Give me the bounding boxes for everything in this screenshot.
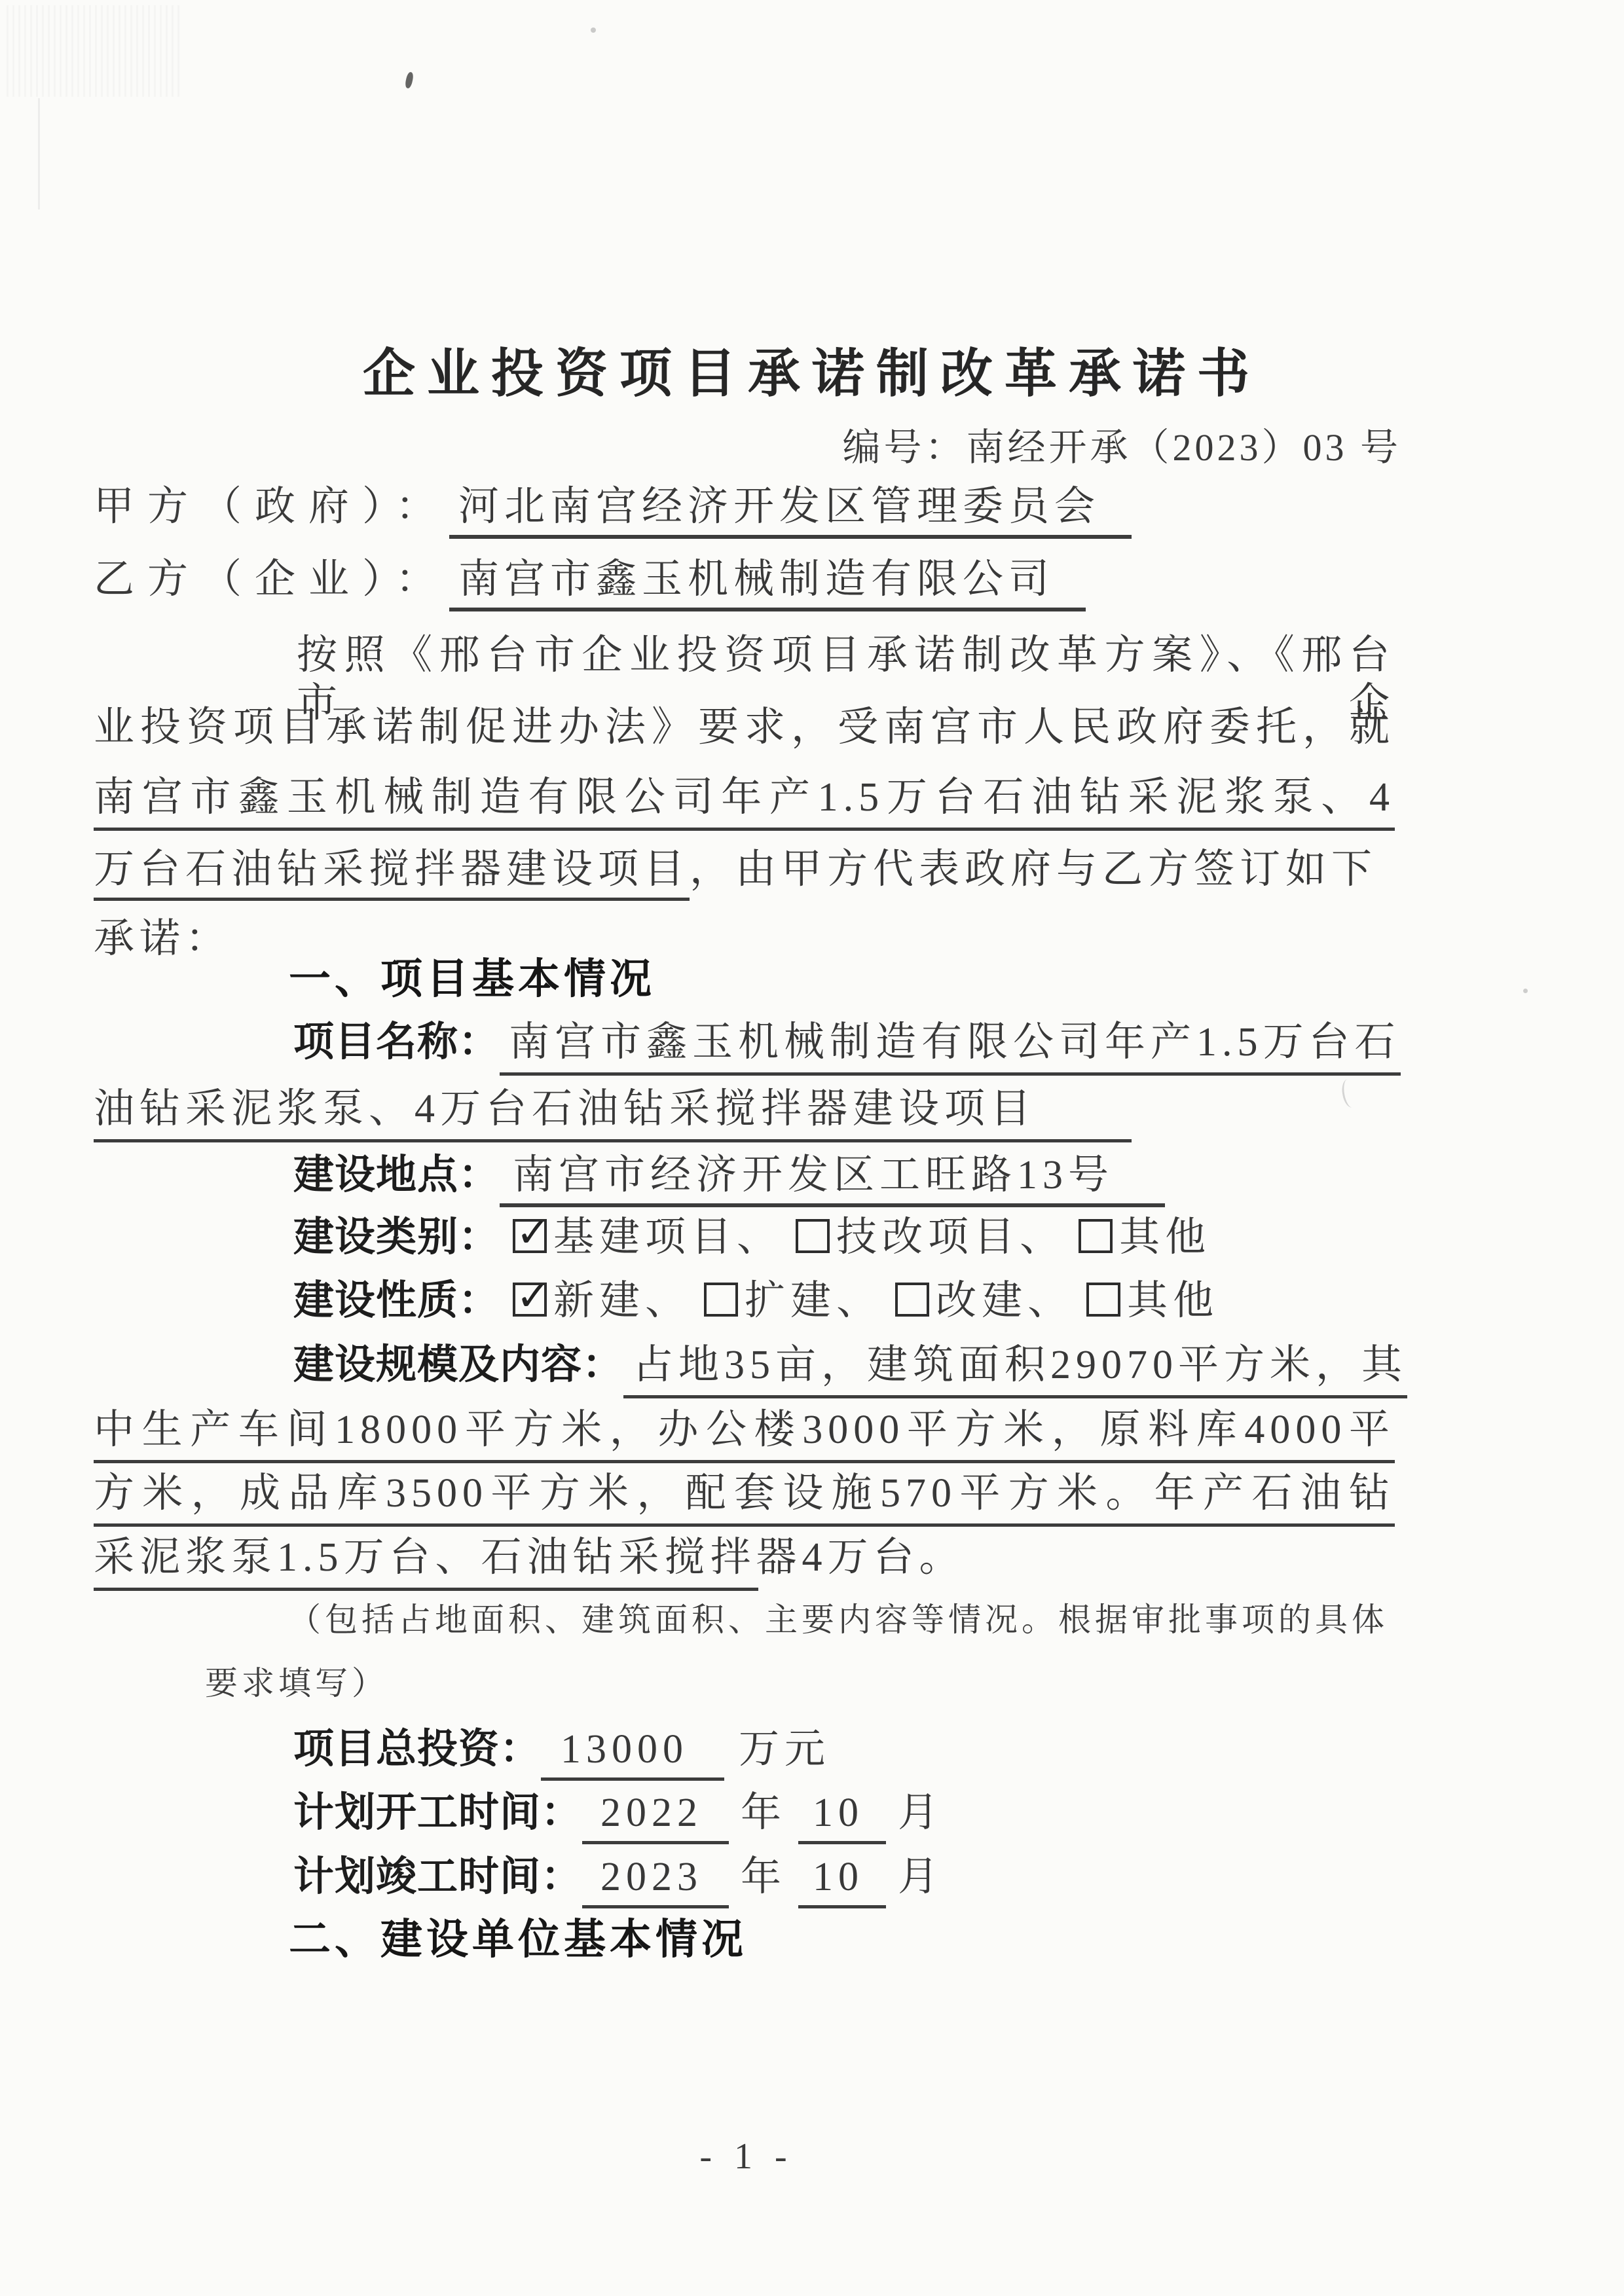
project-name-value-line1: 南宫市鑫玉机械制造有限公司年产1.5万台石 bbox=[500, 1019, 1401, 1076]
year-unit: 年 bbox=[741, 1791, 786, 1835]
page-number: - 1 - bbox=[94, 2136, 1399, 2178]
scale-value-line2: 中生产车间18000平方米，办公楼3000平方米，原料库4000平 bbox=[94, 1406, 1395, 1463]
checkbox-unchecked bbox=[895, 1283, 929, 1317]
preamble-line-2: 业投资项目承诺制促进办法》要求，受南宫市人民政府委托，就 bbox=[94, 704, 1395, 752]
scale-value-line3: 方米，成品库3500平方米，配套设施570平方米。年产石油钻 bbox=[94, 1470, 1395, 1527]
checkbox-unchecked bbox=[1086, 1283, 1120, 1317]
nature-option-4: 其他 bbox=[1127, 1279, 1219, 1323]
note-line-1: （包括占地面积、建筑面积、主要内容等情况。根据审批事项的具体 bbox=[94, 1601, 1395, 1639]
scale-row-2: 中生产车间18000平方米，办公楼3000平方米，原料库4000平 bbox=[94, 1406, 1395, 1463]
section-1-heading: 一、项目基本情况 bbox=[94, 955, 1395, 1004]
year-unit: 年 bbox=[741, 1855, 786, 1899]
investment-row: 项目总投资：13000万元 bbox=[94, 1725, 1395, 1774]
document-title: 企业投资项目承诺制改革承诺书 bbox=[0, 331, 1624, 407]
end-year-value: 2023 bbox=[582, 1855, 729, 1908]
section-2-heading: 二、建设单位基本情况 bbox=[94, 1915, 1395, 1965]
check-mark-icon: ✓ bbox=[516, 1272, 550, 1320]
nature-label: 建设性质： bbox=[293, 1278, 500, 1323]
end-month-value: 10 bbox=[798, 1855, 886, 1908]
doc-number-line: 编号：南经开承（2023）03 号 bbox=[94, 426, 1401, 470]
start-month-value: 10 bbox=[798, 1791, 886, 1844]
preamble-line-3-underlined: 南宫市鑫玉机械制造有限公司年产1.5万台石油钻采泥浆泵、4 bbox=[94, 774, 1395, 831]
scan-speck bbox=[591, 27, 596, 33]
category-option-2: 技改项目 bbox=[836, 1215, 1020, 1260]
option-separator: 、 bbox=[836, 1279, 882, 1323]
party-b-row: 乙方（企业）：南宫市鑫玉机械制造有限公司 bbox=[94, 556, 1395, 604]
project-name-label: 项目名称： bbox=[293, 1018, 500, 1066]
party-a-label: 甲方（政府）： bbox=[94, 484, 449, 529]
start-year-value: 2022 bbox=[582, 1791, 729, 1844]
option-separator: 、 bbox=[645, 1279, 691, 1323]
scan-streak bbox=[38, 98, 40, 210]
start-time-label: 计划开工时间： bbox=[293, 1790, 582, 1835]
scale-label: 建设规模及内容： bbox=[293, 1341, 623, 1389]
party-b-value: 南宫市鑫玉机械制造有限公司 bbox=[449, 557, 1086, 611]
project-name-value-line2: 油钻采泥浆泵、4万台石油钻采搅拌器建设项目 bbox=[94, 1085, 1132, 1142]
checkbox-unchecked bbox=[704, 1283, 738, 1317]
preamble-line-4-underlined: 万台石油钻采搅拌器建设项目 bbox=[94, 847, 690, 901]
investment-value: 13000 bbox=[541, 1727, 724, 1781]
scale-row-3: 方米，成品库3500平方米，配套设施570平方米。年产石油钻 bbox=[94, 1470, 1395, 1527]
party-b-label: 乙方（企业）： bbox=[94, 557, 449, 602]
option-separator: 、 bbox=[1027, 1279, 1073, 1323]
preamble-line-4: 万台石油钻采搅拌器建设项目，由甲方代表政府与乙方签订如下 bbox=[94, 846, 1395, 894]
month-unit: 月 bbox=[898, 1855, 944, 1899]
checkbox-checked: ✓ bbox=[513, 1283, 547, 1317]
scale-row: 建设规模及内容：占地35亩，建筑面积29070平方米，其 bbox=[94, 1341, 1395, 1398]
scan-speck bbox=[1523, 989, 1528, 993]
option-separator: 、 bbox=[737, 1215, 783, 1260]
investment-unit: 万元 bbox=[739, 1727, 830, 1772]
note-line-2: 要求填写） bbox=[94, 1664, 1395, 1703]
investment-label: 项目总投资： bbox=[293, 1726, 541, 1772]
check-mark-icon: ✓ bbox=[516, 1209, 550, 1256]
scale-row-4: 采泥浆泵1.5万台、石油钻采搅拌器4万台。 bbox=[94, 1534, 1395, 1591]
month-unit: 月 bbox=[898, 1791, 944, 1835]
location-value: 南宫市经济开发区工旺路13号 bbox=[500, 1153, 1165, 1207]
nature-row: 建设性质：✓新建、扩建、改建、其他 bbox=[94, 1277, 1395, 1325]
category-option-1: 基建项目 bbox=[553, 1215, 737, 1260]
scanned-document-page: 企业投资项目承诺制改革承诺书 编号：南经开承（2023）03 号 甲方（政府）：… bbox=[0, 0, 1624, 2296]
scale-value-line4: 采泥浆泵1.5万台、石油钻采搅拌器4万台。 bbox=[94, 1534, 758, 1591]
option-separator: 、 bbox=[1020, 1215, 1065, 1260]
scale-value-line1: 占地35亩，建筑面积29070平方米，其 bbox=[623, 1341, 1407, 1398]
nature-option-2: 扩建 bbox=[745, 1279, 836, 1323]
category-option-3: 其他 bbox=[1119, 1215, 1211, 1260]
nature-option-1: 新建 bbox=[553, 1279, 645, 1323]
category-label: 建设类别： bbox=[293, 1214, 500, 1260]
preamble-line-3: 南宫市鑫玉机械制造有限公司年产1.5万台石油钻采泥浆泵、4 bbox=[94, 774, 1395, 831]
party-a-row: 甲方（政府）：河北南宫经济开发区管理委员会 bbox=[94, 483, 1395, 531]
scan-noise-topleft bbox=[7, 5, 183, 97]
scan-speck bbox=[405, 71, 415, 89]
party-a-value: 河北南宫经济开发区管理委员会 bbox=[449, 484, 1132, 539]
location-row: 建设地点：南宫市经济开发区工旺路13号 bbox=[94, 1151, 1395, 1199]
checkbox-checked: ✓ bbox=[513, 1219, 547, 1253]
checkbox-unchecked bbox=[1079, 1219, 1113, 1253]
preamble-line-4-rest: ，由甲方代表政府与乙方签订如下 bbox=[690, 847, 1377, 892]
nature-option-3: 改建 bbox=[936, 1279, 1027, 1323]
start-time-row: 计划开工时间：2022年10月 bbox=[94, 1789, 1395, 1837]
location-label: 建设地点： bbox=[293, 1152, 500, 1197]
end-time-row: 计划竣工时间：2023年10月 bbox=[94, 1853, 1395, 1901]
category-row: 建设类别：✓基建项目、技改项目、其他 bbox=[94, 1213, 1395, 1262]
project-name-row-2: 油钻采泥浆泵、4万台石油钻采搅拌器建设项目 bbox=[94, 1085, 1395, 1142]
end-time-label: 计划竣工时间： bbox=[293, 1854, 582, 1899]
project-name-row: 项目名称：南宫市鑫玉机械制造有限公司年产1.5万台石 bbox=[94, 1018, 1395, 1076]
checkbox-unchecked bbox=[796, 1219, 830, 1253]
